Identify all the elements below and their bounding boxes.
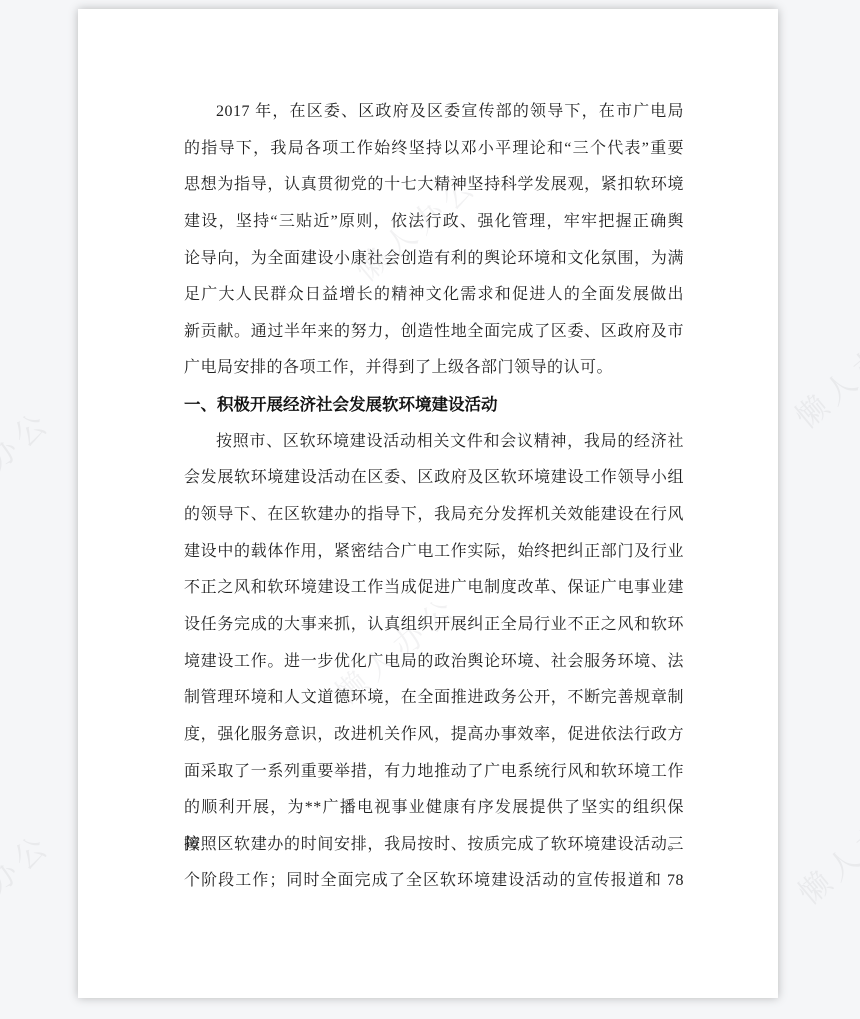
text-line: 面采取了一系列重要举措，有力地推动了广电系统行风和软环境工作 (184, 754, 684, 791)
document-content: 2017 年，在区委、区政府及区委宣传部的领导下，在市广电局的指导下，我局各项工… (78, 9, 778, 900)
text-line: 度，强化服务意识，改进机关作风，提高办事效率，促进依法行政方 (184, 717, 684, 754)
text-line: 论导向，为全面建设小康社会创造有利的舆论环境和文化氛围，为满 (184, 241, 684, 278)
section-heading: 一、积极开展经济社会发展软环境建设活动 (184, 387, 684, 424)
text-line: 按照区软建办的时间安排，我局按时、按质完成了软环境建设活动三 (184, 827, 684, 864)
text-line: 会发展软环境建设活动在区委、区政府及区软环境建设工作领导小组 (184, 460, 684, 497)
text-line: 境建设工作。进一步优化广电局的政治舆论环境、社会服务环境、法 (184, 644, 684, 681)
text-line: 广电局安排的各项工作，并得到了上级各部门领导的认可。 (184, 350, 684, 387)
text-line: 建设中的载体作用，紧密结合广电工作实际，始终把纠正部门及行业 (184, 534, 684, 571)
text-line: 的领导下、在区软建办的指导下，我局充分发挥机关效能建设在行风 (184, 497, 684, 534)
text-line: 新贡献。通过半年来的努力，创造性地全面完成了区委、区政府及市 (184, 314, 684, 351)
text-line: 思想为指导，认真贯彻党的十七大精神坚持科学发展观，紧扣软环境 (184, 167, 684, 204)
watermark-text: 懒人办公 (0, 820, 59, 950)
text-line: 的顺利开展，为**广播电视事业健康有序发展提供了坚实的组织保障。 (184, 790, 684, 827)
document-page: 2017 年，在区委、区政府及区委宣传部的领导下，在市广电局的指导下，我局各项工… (78, 9, 778, 998)
text-line: 设任务完成的大事来抓，认真组织开展纠正全局行业不正之风和软环 (184, 607, 684, 644)
text-line: 个阶段工作；同时全面完成了全区软环境建设活动的宣传报道和 78 (184, 863, 684, 900)
text-line: 足广大人民群众日益增长的精神文化需求和促进人的全面发展做出 (184, 277, 684, 314)
watermark-text: 懒人办公 (784, 307, 860, 437)
text-line: 2017 年，在区委、区政府及区委宣传部的领导下，在市广电局 (184, 94, 684, 131)
document-viewer-canvas: 2017 年，在区委、区政府及区委宣传部的领导下，在市广电局的指导下，我局各项工… (0, 0, 860, 1019)
watermark-text: 懒人办公 (787, 783, 860, 913)
text-line: 不正之风和软环境建设工作当成促进广电制度改革、保证广电事业建 (184, 570, 684, 607)
watermark-text: 懒人办公 (0, 397, 59, 527)
text-line: 建设，坚持“三贴近”原则，依法行政、强化管理，牢牢把握正确舆 (184, 204, 684, 241)
text-line: 制管理环境和人文道德环境，在全面推进政务公开，不断完善规章制 (184, 680, 684, 717)
text-line: 按照市、区软环境建设活动相关文件和会议精神，我局的经济社 (184, 424, 684, 461)
text-line: 的指导下，我局各项工作始终坚持以邓小平理论和“三个代表”重要 (184, 131, 684, 168)
